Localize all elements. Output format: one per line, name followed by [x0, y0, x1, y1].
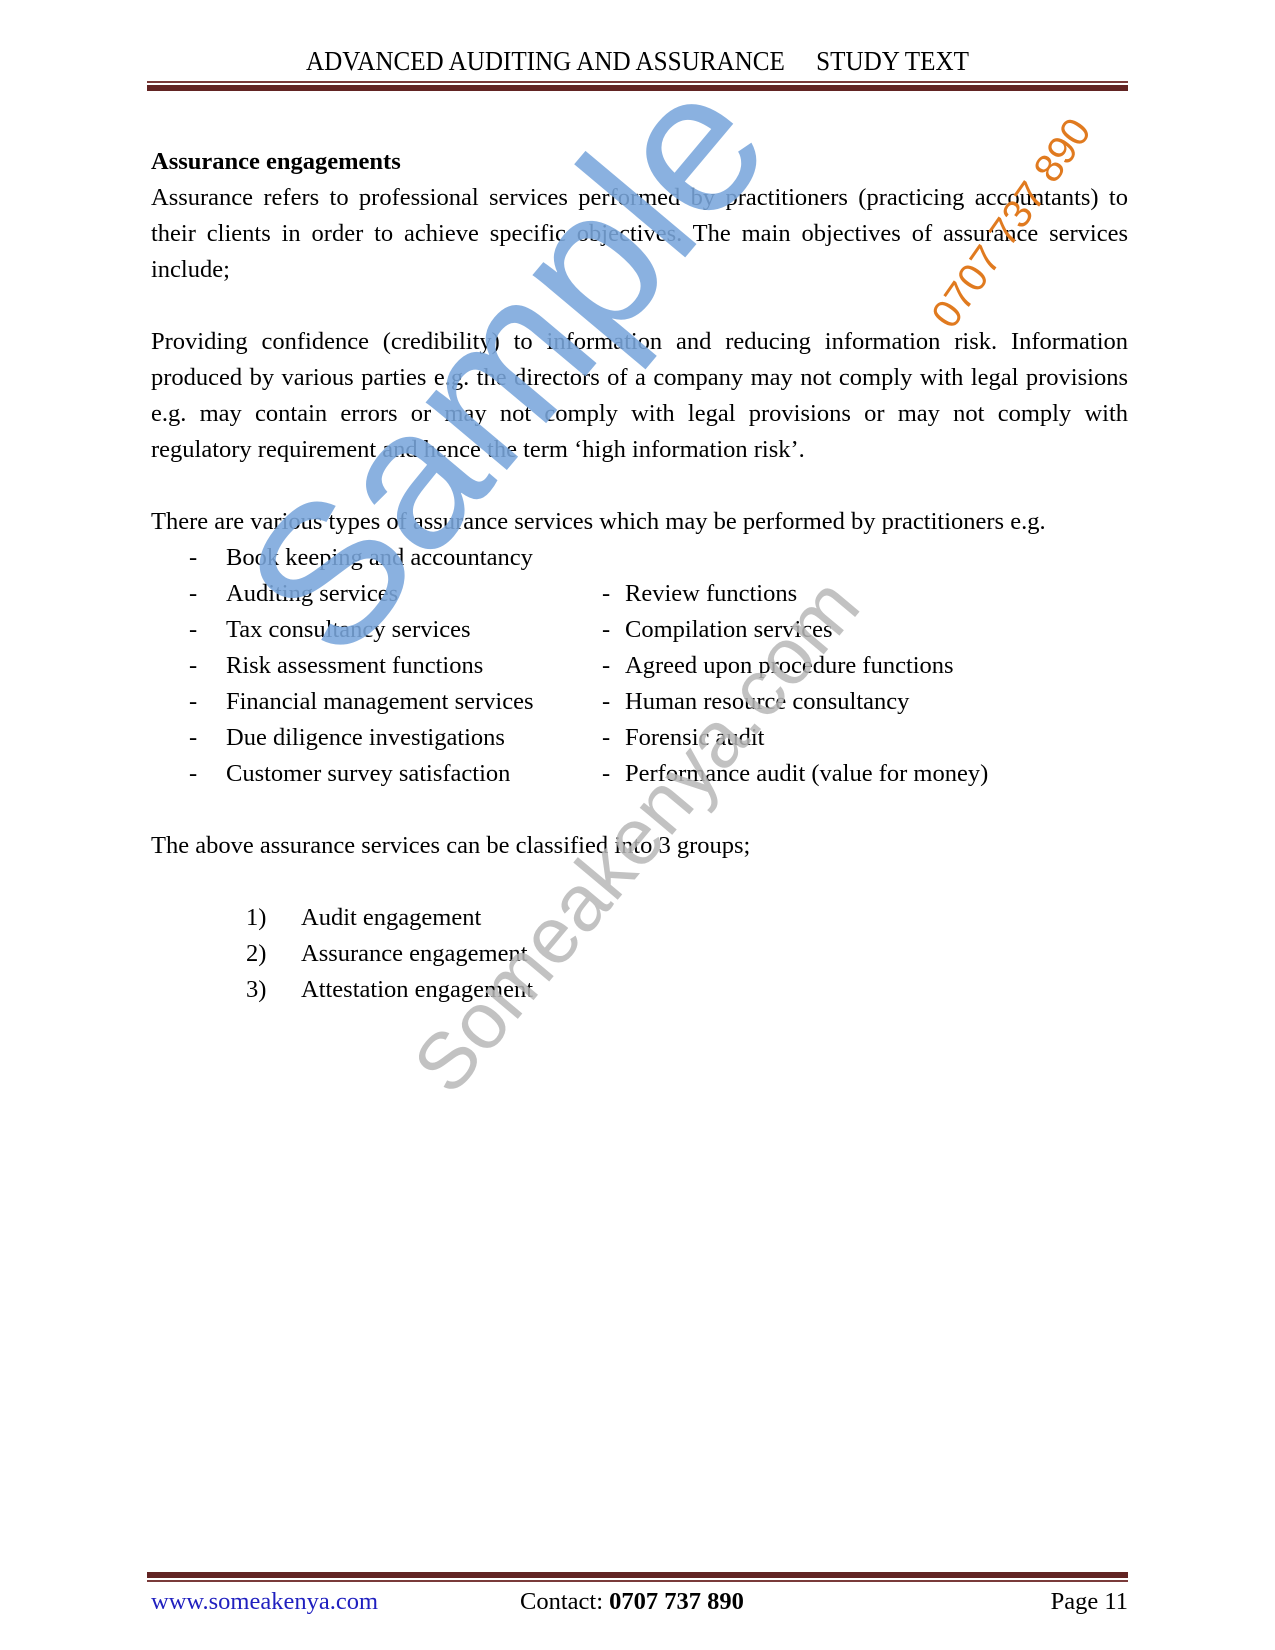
- intro-paragraph: Assurance refers to professional service…: [151, 180, 1128, 288]
- bullet-dash: -: [602, 648, 610, 684]
- bullet-dash: -: [189, 684, 197, 720]
- classification-paragraph: The above assurance services can be clas…: [151, 828, 1128, 864]
- page-body: Assurance engagements Assurance refers t…: [151, 144, 1128, 1008]
- contact-label: Contact:: [520, 1588, 609, 1615]
- objective-paragraph: Providing confidence (credibility) to in…: [151, 324, 1128, 468]
- running-header: ADVANCED AUDITING AND ASSURANCE STUDY TE…: [181, 46, 1093, 77]
- bullet-dash: -: [602, 720, 610, 756]
- bullet-dash: -: [602, 612, 610, 648]
- list-number: 3): [246, 972, 266, 1008]
- types-intro-paragraph: There are various types of assurance ser…: [151, 504, 1128, 540]
- page-footer: www.someakenya.com Contact: 0707 737 890…: [151, 1588, 1128, 1624]
- list-number: 2): [246, 936, 266, 972]
- bullet-dash: -: [189, 720, 197, 756]
- service-left: Auditing services: [226, 576, 398, 612]
- footer-rule: [147, 1572, 1128, 1582]
- bullet-dash: -: [602, 684, 610, 720]
- service-right: Compilation services: [625, 612, 833, 648]
- service-right: Review functions: [625, 576, 797, 612]
- groups-list: 1) Audit engagement 2) Assurance engagem…: [151, 900, 1128, 1008]
- contact-number: 0707 737 890: [609, 1588, 744, 1615]
- page-number: Page 11: [1051, 1588, 1128, 1616]
- group-name: Audit engagement: [301, 900, 481, 936]
- header-rule: [147, 81, 1128, 91]
- bullet-dash: -: [189, 648, 197, 684]
- document-page: ADVANCED AUDITING AND ASSURANCE STUDY TE…: [0, 0, 1275, 1650]
- bullet-dash: -: [189, 540, 197, 576]
- list-number: 1): [246, 900, 266, 936]
- bullet-dash: -: [189, 612, 197, 648]
- service-left: Financial management services: [226, 684, 534, 720]
- group-name: Assurance engagement: [301, 936, 528, 972]
- contact-info: Contact: 0707 737 890: [520, 1588, 744, 1616]
- service-right: Agreed upon procedure functions: [625, 648, 954, 684]
- service-right: Human resource consultancy: [625, 684, 909, 720]
- service-right: Forensic audit: [625, 720, 765, 756]
- service-left: Customer survey satisfaction: [226, 756, 510, 792]
- bullet-dash: -: [189, 576, 197, 612]
- bullet-dash: -: [189, 756, 197, 792]
- service-right: Performance audit (value for money): [625, 756, 988, 792]
- website-link[interactable]: www.someakenya.com: [151, 1588, 378, 1616]
- services-list: - Book keeping and accountancy - Auditin…: [151, 540, 1128, 792]
- bullet-dash: -: [602, 576, 610, 612]
- service-left: Due diligence investigations: [226, 720, 505, 756]
- service-left: Tax consultancy services: [226, 612, 471, 648]
- service-left: Risk assessment functions: [226, 648, 483, 684]
- bullet-dash: -: [602, 756, 610, 792]
- service-left: Book keeping and accountancy: [226, 540, 533, 576]
- group-name: Attestation engagement: [301, 972, 533, 1008]
- section-heading: Assurance engagements: [151, 144, 1128, 180]
